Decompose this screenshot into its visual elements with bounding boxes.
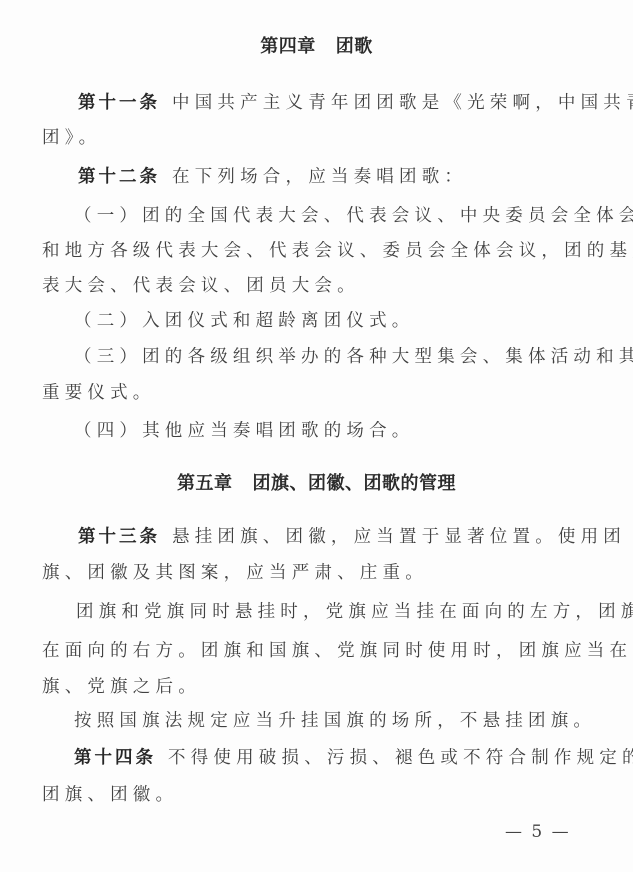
- article-12-item-2: （二）入团仪式和超龄离团仪式。: [74, 309, 415, 333]
- article-12-item-1-line-3: 表大会、代表会议、团员大会。: [42, 274, 360, 298]
- article-12-label: 第十二条: [78, 167, 160, 187]
- article-11-text-1: 中国共产主义青年团团歌是《光荣啊，中国共青: [172, 93, 633, 113]
- chapter-4-number: 第四章: [260, 36, 316, 57]
- article-12-item-1-line-2: 和地方各级代表大会、代表会议、委员会全体会议，团的基层代: [42, 239, 633, 263]
- article-14-line-2: 团旗、团徽。: [42, 783, 178, 807]
- chapter-5-number: 第五章: [177, 473, 233, 494]
- article-11-label: 第十一条: [78, 93, 160, 113]
- article-12-item-3-line-1: （三）团的各级组织举办的各种大型集会、集体活动和其他: [74, 345, 633, 369]
- article-13-para-2-line-2: 在面向的右方。团旗和国旗、党旗同时使用时，团旗应当在国: [42, 639, 633, 663]
- article-13-text-1: 悬挂团旗、团徽，应当置于显著位置。使用团: [172, 527, 626, 547]
- document-page: 第四章团歌 第十一条中国共产主义青年团团歌是《光荣啊，中国共青 团》。 第十二条…: [0, 0, 633, 872]
- chapter-5-title: 团旗、团徽、团歌的管理: [253, 473, 457, 494]
- article-13-line-1: 第十三条悬挂团旗、团徽，应当置于显著位置。使用团: [78, 525, 626, 549]
- chapter-5-heading: 第五章团旗、团徽、团歌的管理: [0, 471, 633, 497]
- article-12-text-1: 在下列场合，应当奏唱团歌：: [172, 167, 467, 187]
- article-12-line-1: 第十二条在下列场合，应当奏唱团歌：: [78, 165, 467, 189]
- article-13-para-2-line-3: 旗、党旗之后。: [42, 675, 201, 699]
- article-12-item-3-line-2: 重要仪式。: [42, 381, 156, 405]
- page-number: — 5 —: [505, 820, 571, 844]
- article-13-para-2-line-1: 团旗和党旗同时悬挂时，党旗应当挂在面向的左方，团旗挂: [76, 600, 633, 624]
- chapter-4-title: 团歌: [336, 36, 373, 57]
- article-14-label: 第十四条: [74, 748, 156, 768]
- article-13-para-3: 按照国旗法规定应当升挂国旗的场所，不悬挂团旗。: [74, 709, 596, 733]
- article-13-line-2: 旗、团徽及其图案，应当严肃、庄重。: [42, 561, 428, 585]
- article-11-line-2: 团》。: [42, 126, 101, 150]
- article-14-text-1: 不得使用破损、污损、褪色或不符合制作规定的: [168, 748, 633, 768]
- article-14-line-1: 第十四条不得使用破损、污损、褪色或不符合制作规定的: [74, 746, 633, 770]
- chapter-4-heading: 第四章团歌: [0, 34, 633, 60]
- article-13-label: 第十三条: [78, 527, 160, 547]
- article-12-item-4: （四）其他应当奏唱团歌的场合。: [74, 419, 415, 443]
- article-11-line-1: 第十一条中国共产主义青年团团歌是《光荣啊，中国共青: [78, 91, 633, 115]
- article-12-item-1-line-1: （一）团的全国代表大会、代表会议、中央委员会全体会议: [74, 204, 633, 228]
